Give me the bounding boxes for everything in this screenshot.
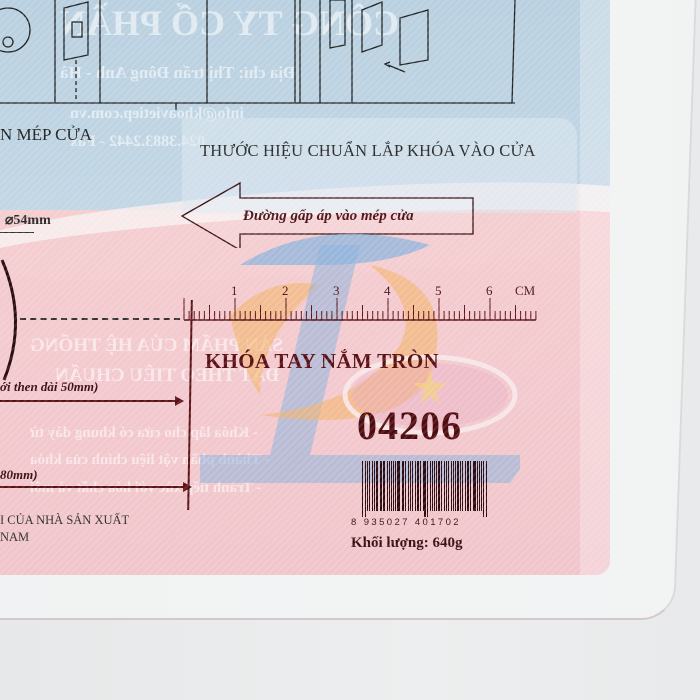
barcode-bar xyxy=(434,461,435,511)
barcode-bar xyxy=(479,461,480,511)
barcode-bar xyxy=(436,461,437,511)
product-barcode xyxy=(362,461,488,517)
manufacturer-line-2: NAM xyxy=(0,530,29,545)
barcode-bar xyxy=(470,461,471,511)
barcode-bar xyxy=(417,461,419,511)
fold-arrow-label: Đường gấp áp vào mép cửa xyxy=(243,208,414,225)
product-name: KHÓA TAY NẮM TRÒN xyxy=(205,349,439,374)
ruler-title: THƯỚC HIỆU CHUẨN LẮP KHÓA VÀO CỬA xyxy=(200,141,536,161)
barcode-bar xyxy=(387,461,388,511)
barcode-bar xyxy=(427,461,428,517)
ghost-bullet-3: - Tránh tiếp xúc với hóa chất và môi xyxy=(30,480,261,497)
barcode-bar xyxy=(402,461,403,511)
barcode-bar xyxy=(462,461,463,511)
barcode-bar xyxy=(395,461,396,511)
barcode-bar xyxy=(441,461,442,511)
knob-arc xyxy=(0,250,30,390)
barcode-bar xyxy=(473,461,474,511)
barcode-bar xyxy=(448,461,449,511)
barcode-bar xyxy=(367,461,368,511)
barcode-bar xyxy=(446,461,447,511)
left-title-fragment: N MÉP CỬA xyxy=(0,125,92,145)
ruler-label: 1 xyxy=(231,283,238,299)
barcode-bar xyxy=(403,461,404,511)
barcode-bar xyxy=(376,461,378,511)
barcode-bar xyxy=(389,461,390,511)
barcode-bar xyxy=(374,461,375,511)
barcode-bar xyxy=(460,461,461,511)
product-weight: Khối lượng: 640g xyxy=(351,535,463,552)
barcode-bar xyxy=(423,461,424,511)
packaging-card: CÔNG TY CỔ PHẦN Địa chỉ: Thị trấn Đông A… xyxy=(0,0,610,575)
product-code: 04206 xyxy=(357,402,462,449)
barcode-bar xyxy=(457,461,458,511)
installation-diagram xyxy=(0,0,560,110)
dimension-label-50mm: ới then dài 50mm) xyxy=(0,379,98,395)
barcode-bar xyxy=(391,461,392,511)
barcode-bar xyxy=(465,461,466,511)
barcode-bar xyxy=(372,461,373,511)
barcode-bar xyxy=(380,461,381,511)
dimension-arrow-80mm xyxy=(0,486,190,488)
barcode-bar xyxy=(483,461,484,517)
barcode-bar xyxy=(393,461,394,511)
barcode-bar xyxy=(412,461,413,511)
barcode-bar xyxy=(383,461,384,511)
barcode-bar xyxy=(453,461,454,511)
barcode-bar xyxy=(455,461,456,511)
center-dashed-line xyxy=(20,318,180,320)
barcode-bar xyxy=(424,461,425,517)
barcode-bar xyxy=(486,461,487,517)
barcode-bar xyxy=(451,461,452,511)
barcode-bar xyxy=(444,461,445,511)
barcode-bar xyxy=(381,461,382,511)
ruler-label: 5 xyxy=(435,283,442,299)
manufacturer-line-1: I CỦA NHÀ SẢN XUẤT xyxy=(0,513,129,528)
card-right-edge xyxy=(580,0,610,575)
ghost-bullet-2: - Thành phần vật liệu chính của khóa xyxy=(30,452,269,469)
barcode-bar xyxy=(430,461,431,511)
barcode-bar xyxy=(408,461,409,511)
barcode-bar xyxy=(420,461,421,511)
barcode-bar xyxy=(369,461,370,511)
barcode-bar xyxy=(474,461,475,511)
barcode-bar xyxy=(410,461,411,511)
ruler-label: 2 xyxy=(282,283,289,299)
barcode-number: 8 935027 401702 xyxy=(351,517,461,528)
ruler-unit: CM xyxy=(515,283,535,299)
ruler-label: 6 xyxy=(486,283,493,299)
barcode-bar xyxy=(432,461,433,511)
barcode-bar xyxy=(438,461,440,511)
barcode-bar xyxy=(415,461,416,511)
ghost-bullet-1: - Khóa lắp cho cửa có khung dày từ xyxy=(30,425,258,442)
barcode-bar xyxy=(405,461,406,511)
ruler-label: 4 xyxy=(384,283,391,299)
barcode-bar xyxy=(467,461,469,511)
diameter-underline xyxy=(0,232,34,233)
dimension-arrow-50mm xyxy=(0,400,182,402)
barcode-bar xyxy=(365,461,366,517)
barcode-bar xyxy=(477,461,478,511)
diameter-label: ⌀54mm xyxy=(5,212,51,229)
dimension-label-80mm: 80mm) xyxy=(0,467,38,483)
barcode-bar xyxy=(362,461,363,517)
barcode-bar xyxy=(481,461,482,511)
barcode-bar xyxy=(397,461,399,511)
ruler-label: 3 xyxy=(333,283,340,299)
